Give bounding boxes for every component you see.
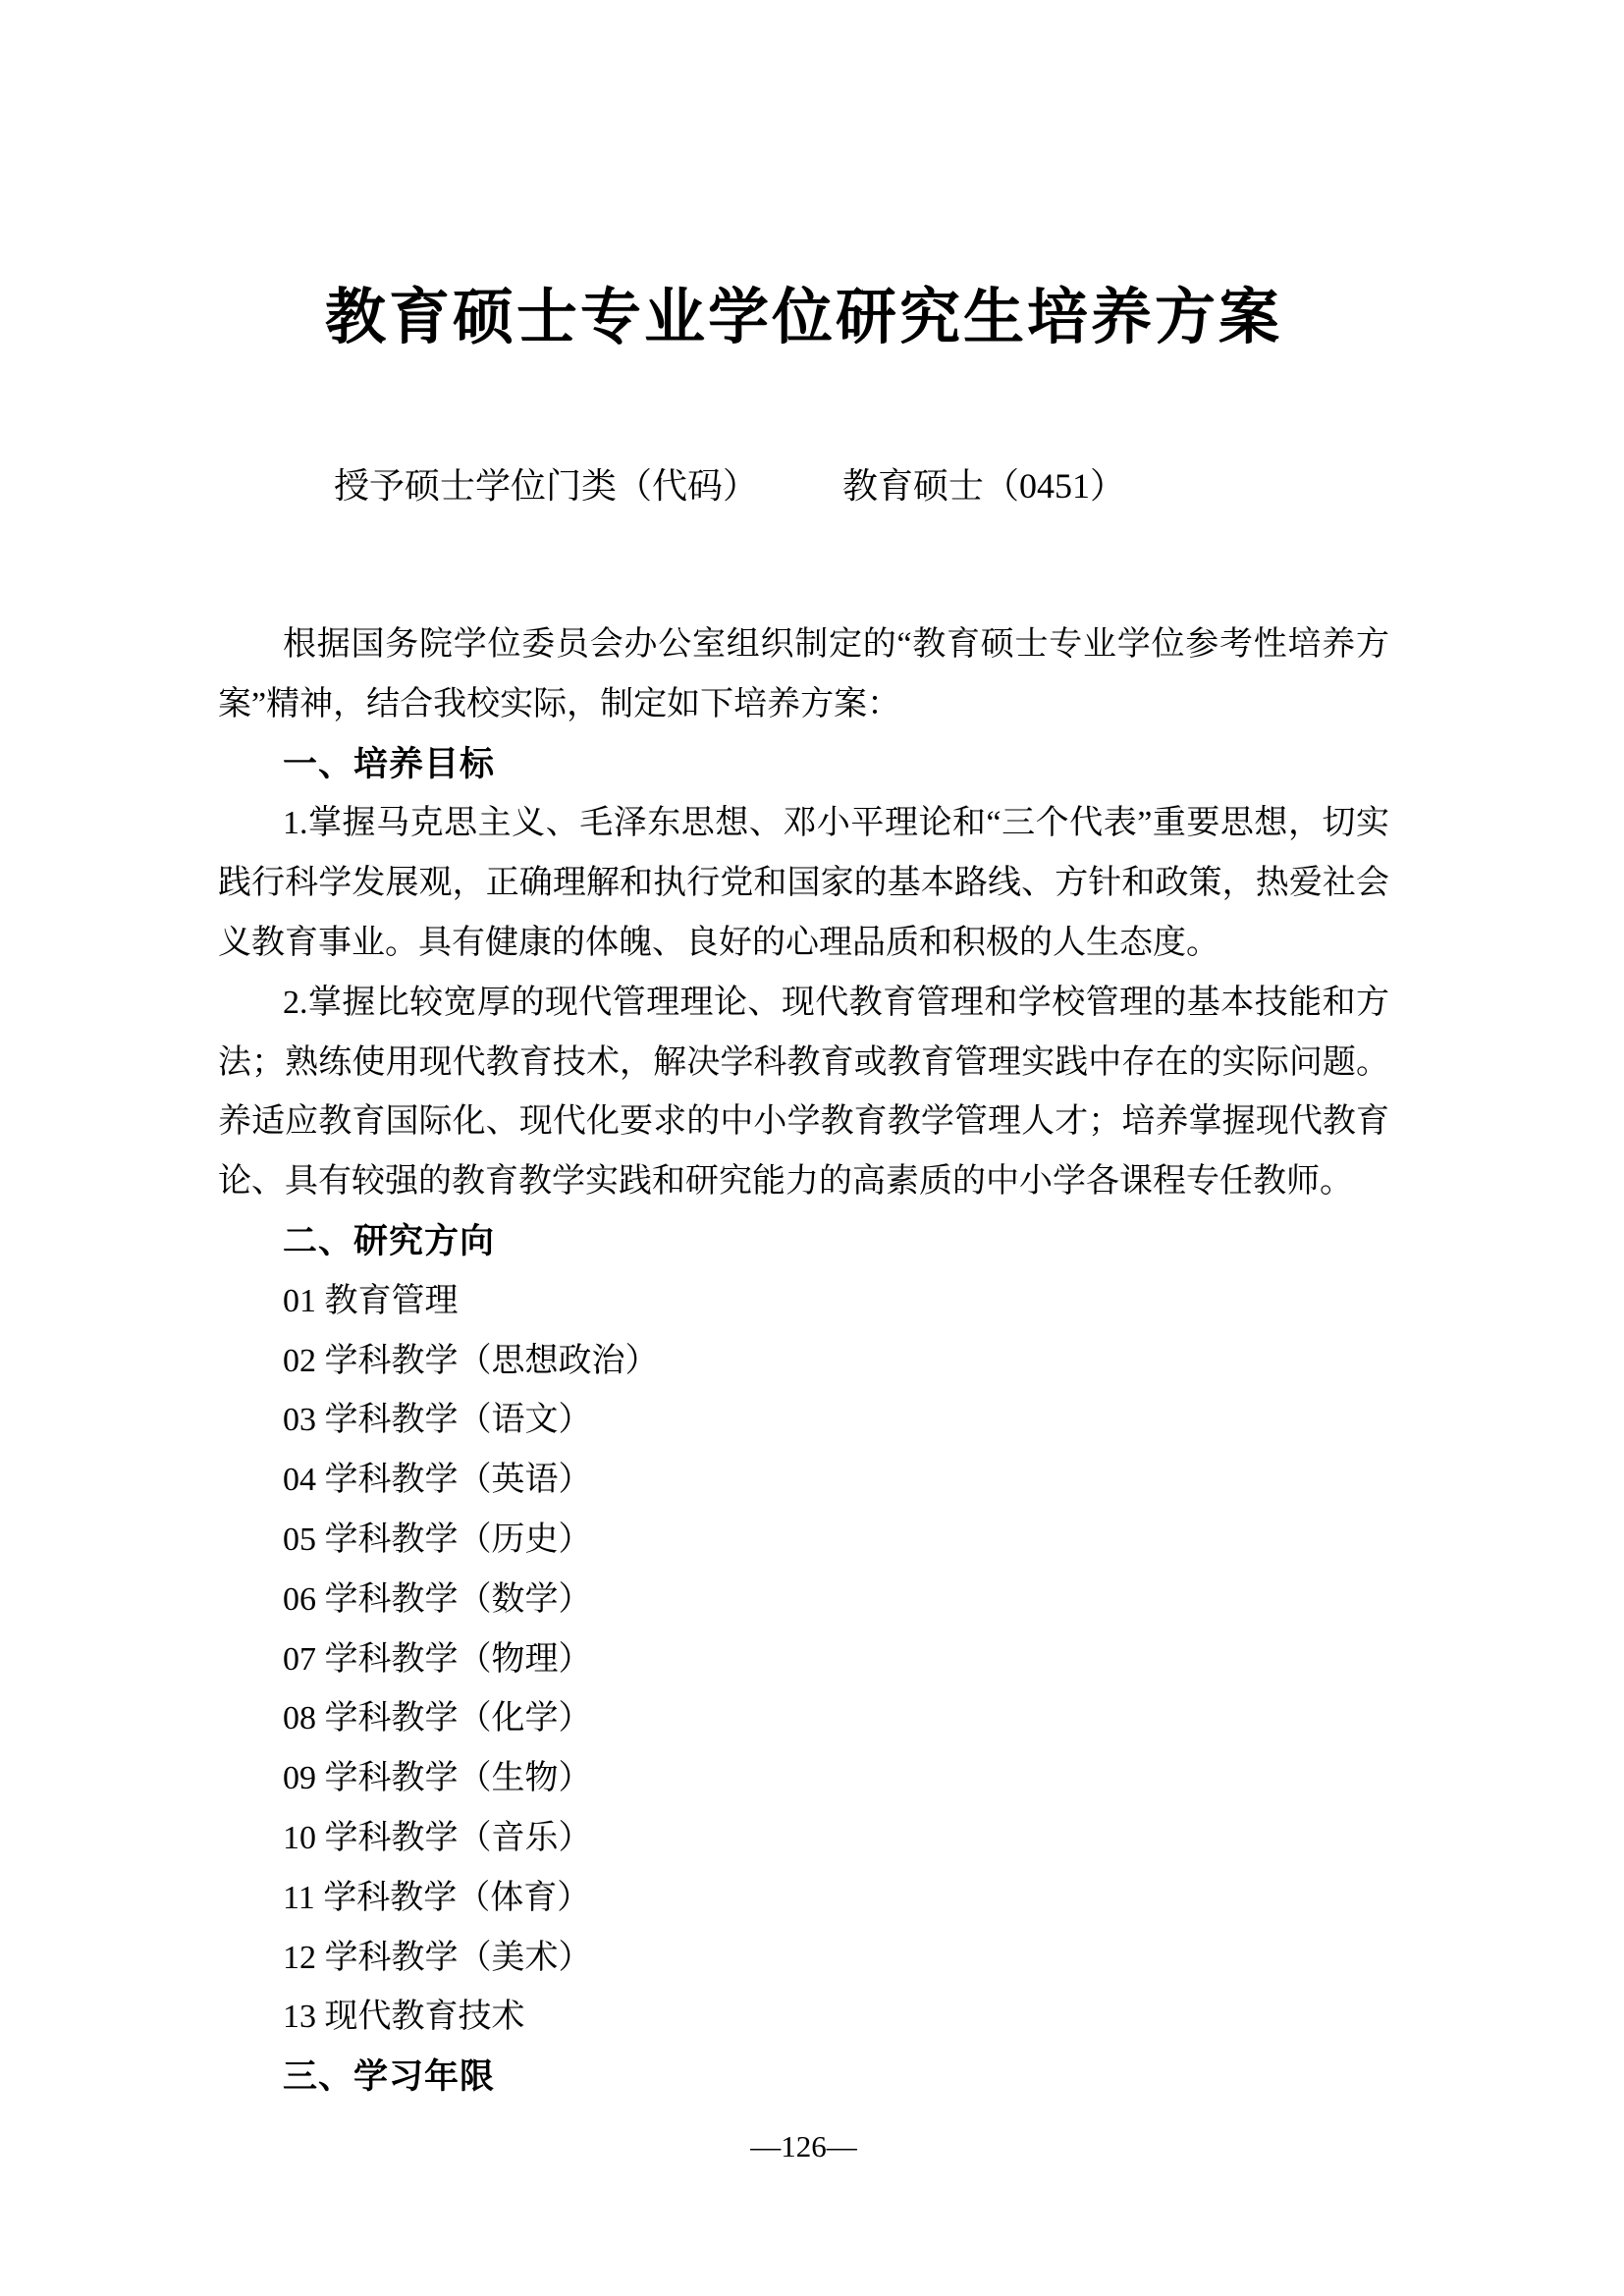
- intro-line-2: 案”精神，结合我校实际，制定如下培养方案：: [218, 675, 1389, 735]
- goal-paragraph-1-line-1: 1.掌握马克思主义、毛泽东思想、邓小平理论和“三个代表”重要思想，切实: [218, 794, 1389, 854]
- research-direction-item-03: 03 学科教学（语文）: [218, 1391, 1389, 1451]
- research-direction-item-12: 12 学科教学（美术）: [218, 1929, 1389, 1989]
- section-2-heading: 二、研究方向: [218, 1212, 1389, 1272]
- degree-line: 授予硕士学位门类（代码） 教育硕士（0451）: [334, 463, 1624, 508]
- document-page: 教育硕士专业学位研究生培养方案 授予硕士学位门类（代码） 教育硕士（0451） …: [0, 0, 1624, 2296]
- document-title: 教育硕士专业学位研究生培养方案: [218, 285, 1389, 351]
- degree-label: 授予硕士学位门类（代码）: [334, 466, 758, 506]
- research-direction-item-09: 09 学科教学（生物）: [218, 1749, 1389, 1809]
- research-direction-item-06: 06 学科教学（数学）: [218, 1571, 1389, 1630]
- research-direction-item-11: 11 学科教学（体育）: [218, 1869, 1389, 1929]
- goal-paragraph-2-line-1: 2.掌握比较宽厚的现代管理理论、现代教育管理和学校管理的基本技能和方: [218, 974, 1389, 1034]
- section-1-heading: 一、培养目标: [218, 735, 1389, 795]
- research-direction-item-08: 08 学科教学（化学）: [218, 1689, 1389, 1749]
- document-body: 根据国务院学位委员会办公室组织制定的“教育硕士专业学位参考性培养方 案”精神，结…: [218, 615, 1389, 2108]
- section-3-heading: 三、学习年限: [218, 2048, 1389, 2108]
- degree-value: 教育硕士（0451）: [842, 466, 1125, 506]
- research-direction-item-10: 10 学科教学（音乐）: [218, 1809, 1389, 1869]
- research-direction-item-01: 01 教育管理: [218, 1272, 1389, 1332]
- goal-paragraph-1-line-3: 义教育事业。具有健康的体魄、良好的心理品质和积极的人生态度。: [218, 914, 1389, 974]
- goal-paragraph-1-line-2: 践行科学发展观，正确理解和执行党和国家的基本路线、方针和政策，热爱社会主: [218, 854, 1389, 914]
- research-direction-item-05: 05 学科教学（历史）: [218, 1511, 1389, 1571]
- research-direction-item-02: 02 学科教学（思想政治）: [218, 1332, 1389, 1392]
- page-number: —126—: [218, 2127, 1389, 2166]
- degree-gap-spacer: [767, 497, 834, 498]
- intro-line-1: 根据国务院学位委员会办公室组织制定的“教育硕士专业学位参考性培养方: [218, 615, 1389, 675]
- research-direction-item-07: 07 学科教学（物理）: [218, 1630, 1389, 1690]
- goal-paragraph-2-line-2: 法；熟练使用现代教育技术，解决学科教育或教育管理实践中存在的实际问题。培: [218, 1034, 1389, 1094]
- goal-paragraph-2-line-3: 养适应教育国际化、现代化要求的中小学教育教学管理人才；培养掌握现代教育理: [218, 1093, 1389, 1152]
- research-direction-item-04: 04 学科教学（英语）: [218, 1451, 1389, 1511]
- research-direction-item-13: 13 现代教育技术: [218, 1988, 1389, 2048]
- goal-paragraph-2-line-4: 论、具有较强的教育教学实践和研究能力的高素质的中小学各课程专任教师。: [218, 1152, 1389, 1212]
